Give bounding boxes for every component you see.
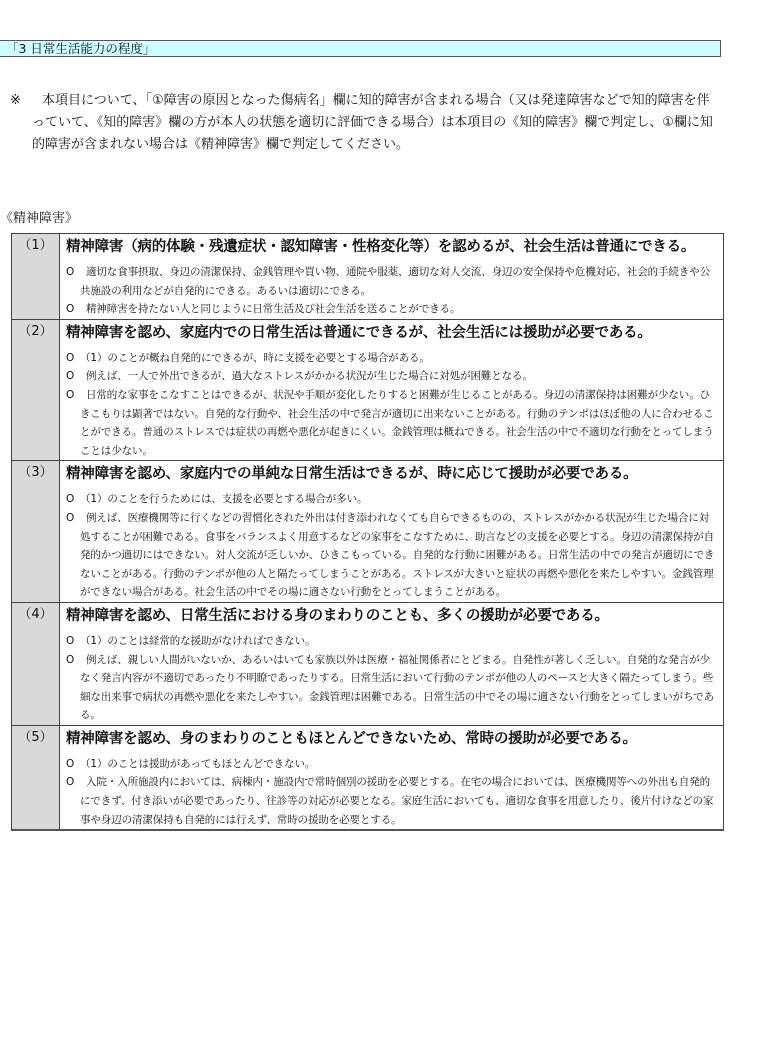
circle-bullet-icon: O bbox=[66, 367, 74, 386]
criteria-item: O例えば、一人で外出できるが、過大なストレスがかかる状況が生じた場合に対処が困難… bbox=[66, 367, 717, 386]
level-row-4: （4） 精神障害を認め、日常生活における身のまわりのことも、多くの援助が必要であ… bbox=[12, 602, 723, 725]
level-items: O適切な食事摂取、身辺の清潔保持、金銭管理や買い物、通院や服薬、適切な対人交流、… bbox=[66, 263, 717, 319]
instruction-note: ※ 本項目について、「①障害の原因となった傷病名」欄に知的障害が含まれる場合（又… bbox=[10, 90, 722, 156]
level-number: （1） bbox=[12, 234, 60, 319]
criteria-text: 例えば、医療機関等に行くなどの習慣化された外出は付き添われなくても自らできるもの… bbox=[80, 509, 717, 602]
level-number: （5） bbox=[12, 726, 60, 829]
criteria-item: O（1）のことは援助があってもほとんどできない。 bbox=[66, 755, 717, 774]
circle-bullet-icon: O bbox=[66, 509, 74, 528]
level-row-2: （2） 精神障害を認め、家庭内での日常生活は普通にできるが、社会生活には援助が必… bbox=[12, 319, 723, 461]
level-number: （2） bbox=[12, 320, 60, 461]
circle-bullet-icon: O bbox=[66, 651, 74, 670]
criteria-item: O例えば、親しい人間がいないか、あるいはいても家族以外は医療・福祉関係者にとどま… bbox=[66, 651, 717, 725]
level-title: 精神障害を認め、家庭内での単純な日常生活はできるが、時に応じて援助が必要である。 bbox=[66, 462, 717, 486]
criteria-item: O例えば、医療機関等に行くなどの習慣化された外出は付き添われなくても自らできるも… bbox=[66, 509, 717, 602]
note-text: 本項目について、「①障害の原因となった傷病名」欄に知的障害が含まれる場合（又は発… bbox=[10, 90, 722, 156]
circle-bullet-icon: O bbox=[66, 773, 74, 792]
reference-mark-icon: ※ bbox=[10, 90, 21, 112]
level-content: 精神障害を認め、日常生活における身のまわりのことも、多くの援助が必要である。 O… bbox=[60, 603, 723, 725]
criteria-item: O日常的な家事をこなすことはできるが、状況や手順が変化したりすると困難が生じるこ… bbox=[66, 386, 717, 460]
level-row-5: （5） 精神障害を認め、身のまわりのこともほとんどできないため、常時の援助が必要… bbox=[12, 725, 723, 829]
criteria-item: O精神障害を持たない人と同じように日常生活及び社会生活を送ることができる。 bbox=[66, 300, 717, 319]
criteria-item: O入院・入所施設内においては、病棟内・施設内で常時個別の援助を必要とする。在宅の… bbox=[66, 773, 717, 829]
level-content: 精神障害を認め、身のまわりのこともほとんどできないため、常時の援助が必要である。… bbox=[60, 726, 723, 829]
section-header: 「3 日常生活能力の程度」 bbox=[0, 40, 721, 57]
level-content: 精神障害を認め、家庭内での日常生活は普通にできるが、社会生活には援助が必要である… bbox=[60, 320, 723, 461]
level-table: （1） 精神障害（病的体験・残遺症状・認知障害・性格変化等）を認めるが、社会生活… bbox=[11, 233, 724, 831]
level-items: O（1）のことを行うためには、支援を必要とする場合が多い。O例えば、医療機関等に… bbox=[66, 490, 717, 602]
level-content: 精神障害を認め、家庭内での単純な日常生活はできるが、時に応じて援助が必要である。… bbox=[60, 461, 723, 602]
circle-bullet-icon: O bbox=[66, 386, 74, 405]
criteria-text: 精神障害を持たない人と同じように日常生活及び社会生活を送ることができる。 bbox=[80, 300, 717, 319]
section-title: 「3 日常生活能力の程度」 bbox=[6, 41, 155, 56]
level-title: 精神障害（病的体験・残遺症状・認知障害・性格変化等）を認めるが、社会生活は普通に… bbox=[66, 235, 717, 259]
criteria-text: 適切な食事摂取、身辺の清潔保持、金銭管理や買い物、通院や服薬、適切な対人交流、身… bbox=[80, 263, 717, 300]
circle-bullet-icon: O bbox=[66, 300, 74, 319]
level-row-1: （1） 精神障害（病的体験・残遺症状・認知障害・性格変化等）を認めるが、社会生活… bbox=[12, 234, 723, 319]
criteria-item: O（1）のことは経常的な援助がなければできない。 bbox=[66, 632, 717, 651]
criteria-text: 入院・入所施設内においては、病棟内・施設内で常時個別の援助を必要とする。在宅の場… bbox=[80, 773, 717, 829]
criteria-text: （1）のことを行うためには、支援を必要とする場合が多い。 bbox=[80, 490, 717, 509]
criteria-text: （1）のことは経常的な援助がなければできない。 bbox=[80, 632, 717, 651]
circle-bullet-icon: O bbox=[66, 490, 74, 509]
level-number: （4） bbox=[12, 603, 60, 725]
level-items: O（1）のことは援助があってもほとんどできない。O入院・入所施設内においては、病… bbox=[66, 755, 717, 829]
level-number: （3） bbox=[12, 461, 60, 602]
criteria-item: O（1）のことが概ね自発的にできるが、時に支援を必要とする場合がある。 bbox=[66, 349, 717, 368]
criteria-text: 例えば、一人で外出できるが、過大なストレスがかかる状況が生じた場合に対処が困難と… bbox=[80, 367, 717, 386]
level-title: 精神障害を認め、日常生活における身のまわりのことも、多くの援助が必要である。 bbox=[66, 604, 717, 628]
criteria-text: 例えば、親しい人間がいないか、あるいはいても家族以外は医療・福祉関係者にとどまる… bbox=[80, 651, 717, 725]
criteria-item: O適切な食事摂取、身辺の清潔保持、金銭管理や買い物、通院や服薬、適切な対人交流、… bbox=[66, 263, 717, 300]
criteria-text: （1）のことは援助があってもほとんどできない。 bbox=[80, 755, 717, 774]
circle-bullet-icon: O bbox=[66, 632, 74, 651]
level-title: 精神障害を認め、家庭内での日常生活は普通にできるが、社会生活には援助が必要である… bbox=[66, 321, 717, 345]
level-items: O（1）のことが概ね自発的にできるが、時に支援を必要とする場合がある。O例えば、… bbox=[66, 349, 717, 461]
criteria-text: 日常的な家事をこなすことはできるが、状況や手順が変化したりすると困難が生じること… bbox=[80, 386, 717, 460]
category-label-mental-disorder: 《精神障害》 bbox=[0, 210, 78, 228]
criteria-text: （1）のことが概ね自発的にできるが、時に支援を必要とする場合がある。 bbox=[80, 349, 717, 368]
level-title: 精神障害を認め、身のまわりのこともほとんどできないため、常時の援助が必要である。 bbox=[66, 727, 717, 751]
level-content: 精神障害（病的体験・残遺症状・認知障害・性格変化等）を認めるが、社会生活は普通に… bbox=[60, 234, 723, 319]
level-items: O（1）のことは経常的な援助がなければできない。O例えば、親しい人間がいないか、… bbox=[66, 632, 717, 725]
circle-bullet-icon: O bbox=[66, 755, 74, 774]
criteria-item: O（1）のことを行うためには、支援を必要とする場合が多い。 bbox=[66, 490, 717, 509]
circle-bullet-icon: O bbox=[66, 349, 74, 368]
level-row-3: （3） 精神障害を認め、家庭内での単純な日常生活はできるが、時に応じて援助が必要… bbox=[12, 460, 723, 602]
circle-bullet-icon: O bbox=[66, 263, 74, 282]
